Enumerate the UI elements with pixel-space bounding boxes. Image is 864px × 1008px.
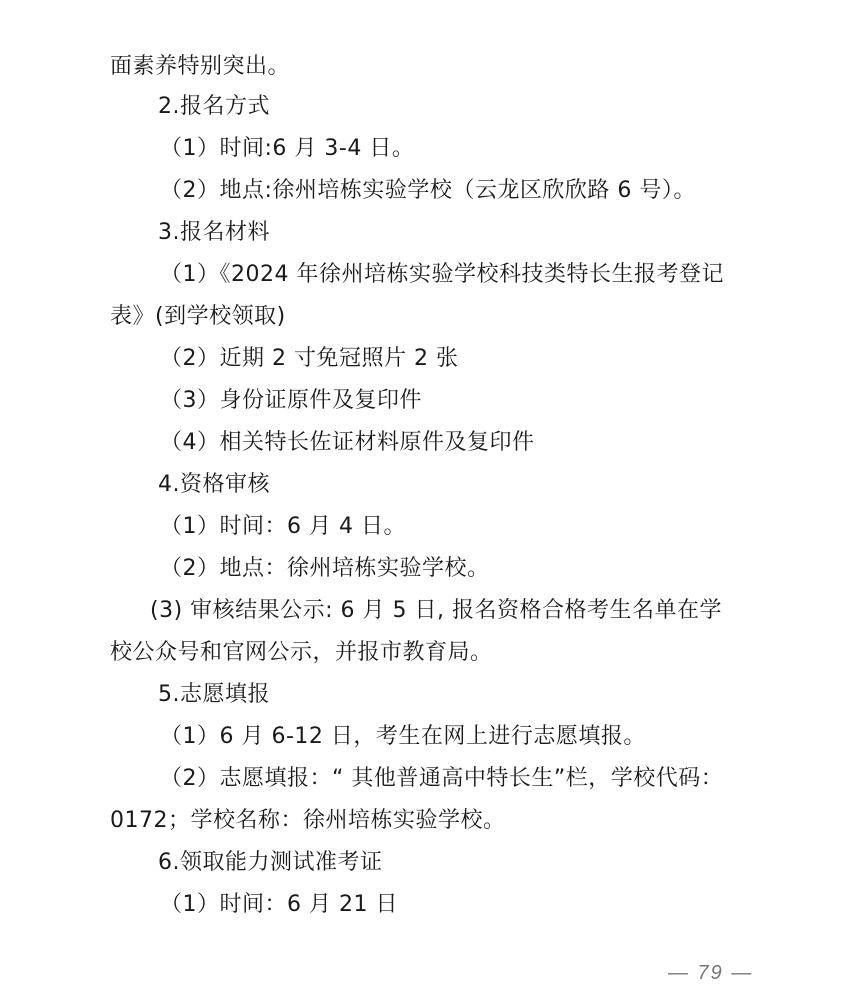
- page-number: — 79 —: [668, 962, 753, 985]
- text-line: 0172；学校名称：徐州培栋实验学校。: [110, 806, 506, 836]
- text-line: 面素养特别突出。: [110, 52, 290, 82]
- text-line: （2）地点:徐州培栋实验学校（云龙区欣欣路 6 号）。: [160, 176, 696, 206]
- text-line: 3.报名材料: [158, 218, 270, 248]
- text-line: （4）相关特长佐证材料原件及复印件: [160, 428, 535, 458]
- text-line: （2）近期 2 寸免冠照片 2 张: [160, 344, 458, 374]
- text-line: （1）《2024 年徐州培栋实验学校科技类特长生报考登记: [160, 260, 724, 290]
- text-line: （1）时间：6 月 4 日。: [160, 512, 406, 542]
- text-line: （1）时间：6 月 21 日: [160, 890, 398, 920]
- text-line: 校公众号和官网公示，并报市教育局。: [110, 638, 493, 668]
- text-line: （1）时间:6 月 3-4 日。: [160, 134, 414, 164]
- text-line: 表》(到学校领取): [110, 302, 286, 332]
- text-line: （3）身份证原件及复印件: [160, 386, 422, 416]
- text-line: （1）6 月 6-12 日，考生在网上进行志愿填报。: [160, 722, 646, 752]
- text-line: 2.报名方式: [158, 92, 270, 122]
- text-line: （2）地点：徐州培栋实验学校。: [160, 554, 490, 584]
- text-line: 6.领取能力测试准考证: [158, 848, 383, 878]
- text-line: 5.志愿填报: [158, 680, 270, 710]
- text-line: （2）志愿填报：“ 其他普通高中特长生”栏，学校代码：: [160, 764, 723, 794]
- text-line: 4.资格审核: [158, 470, 270, 500]
- text-line: (3) 审核结果公示: 6 月 5 日, 报名资格合格考生名单在学: [150, 596, 722, 626]
